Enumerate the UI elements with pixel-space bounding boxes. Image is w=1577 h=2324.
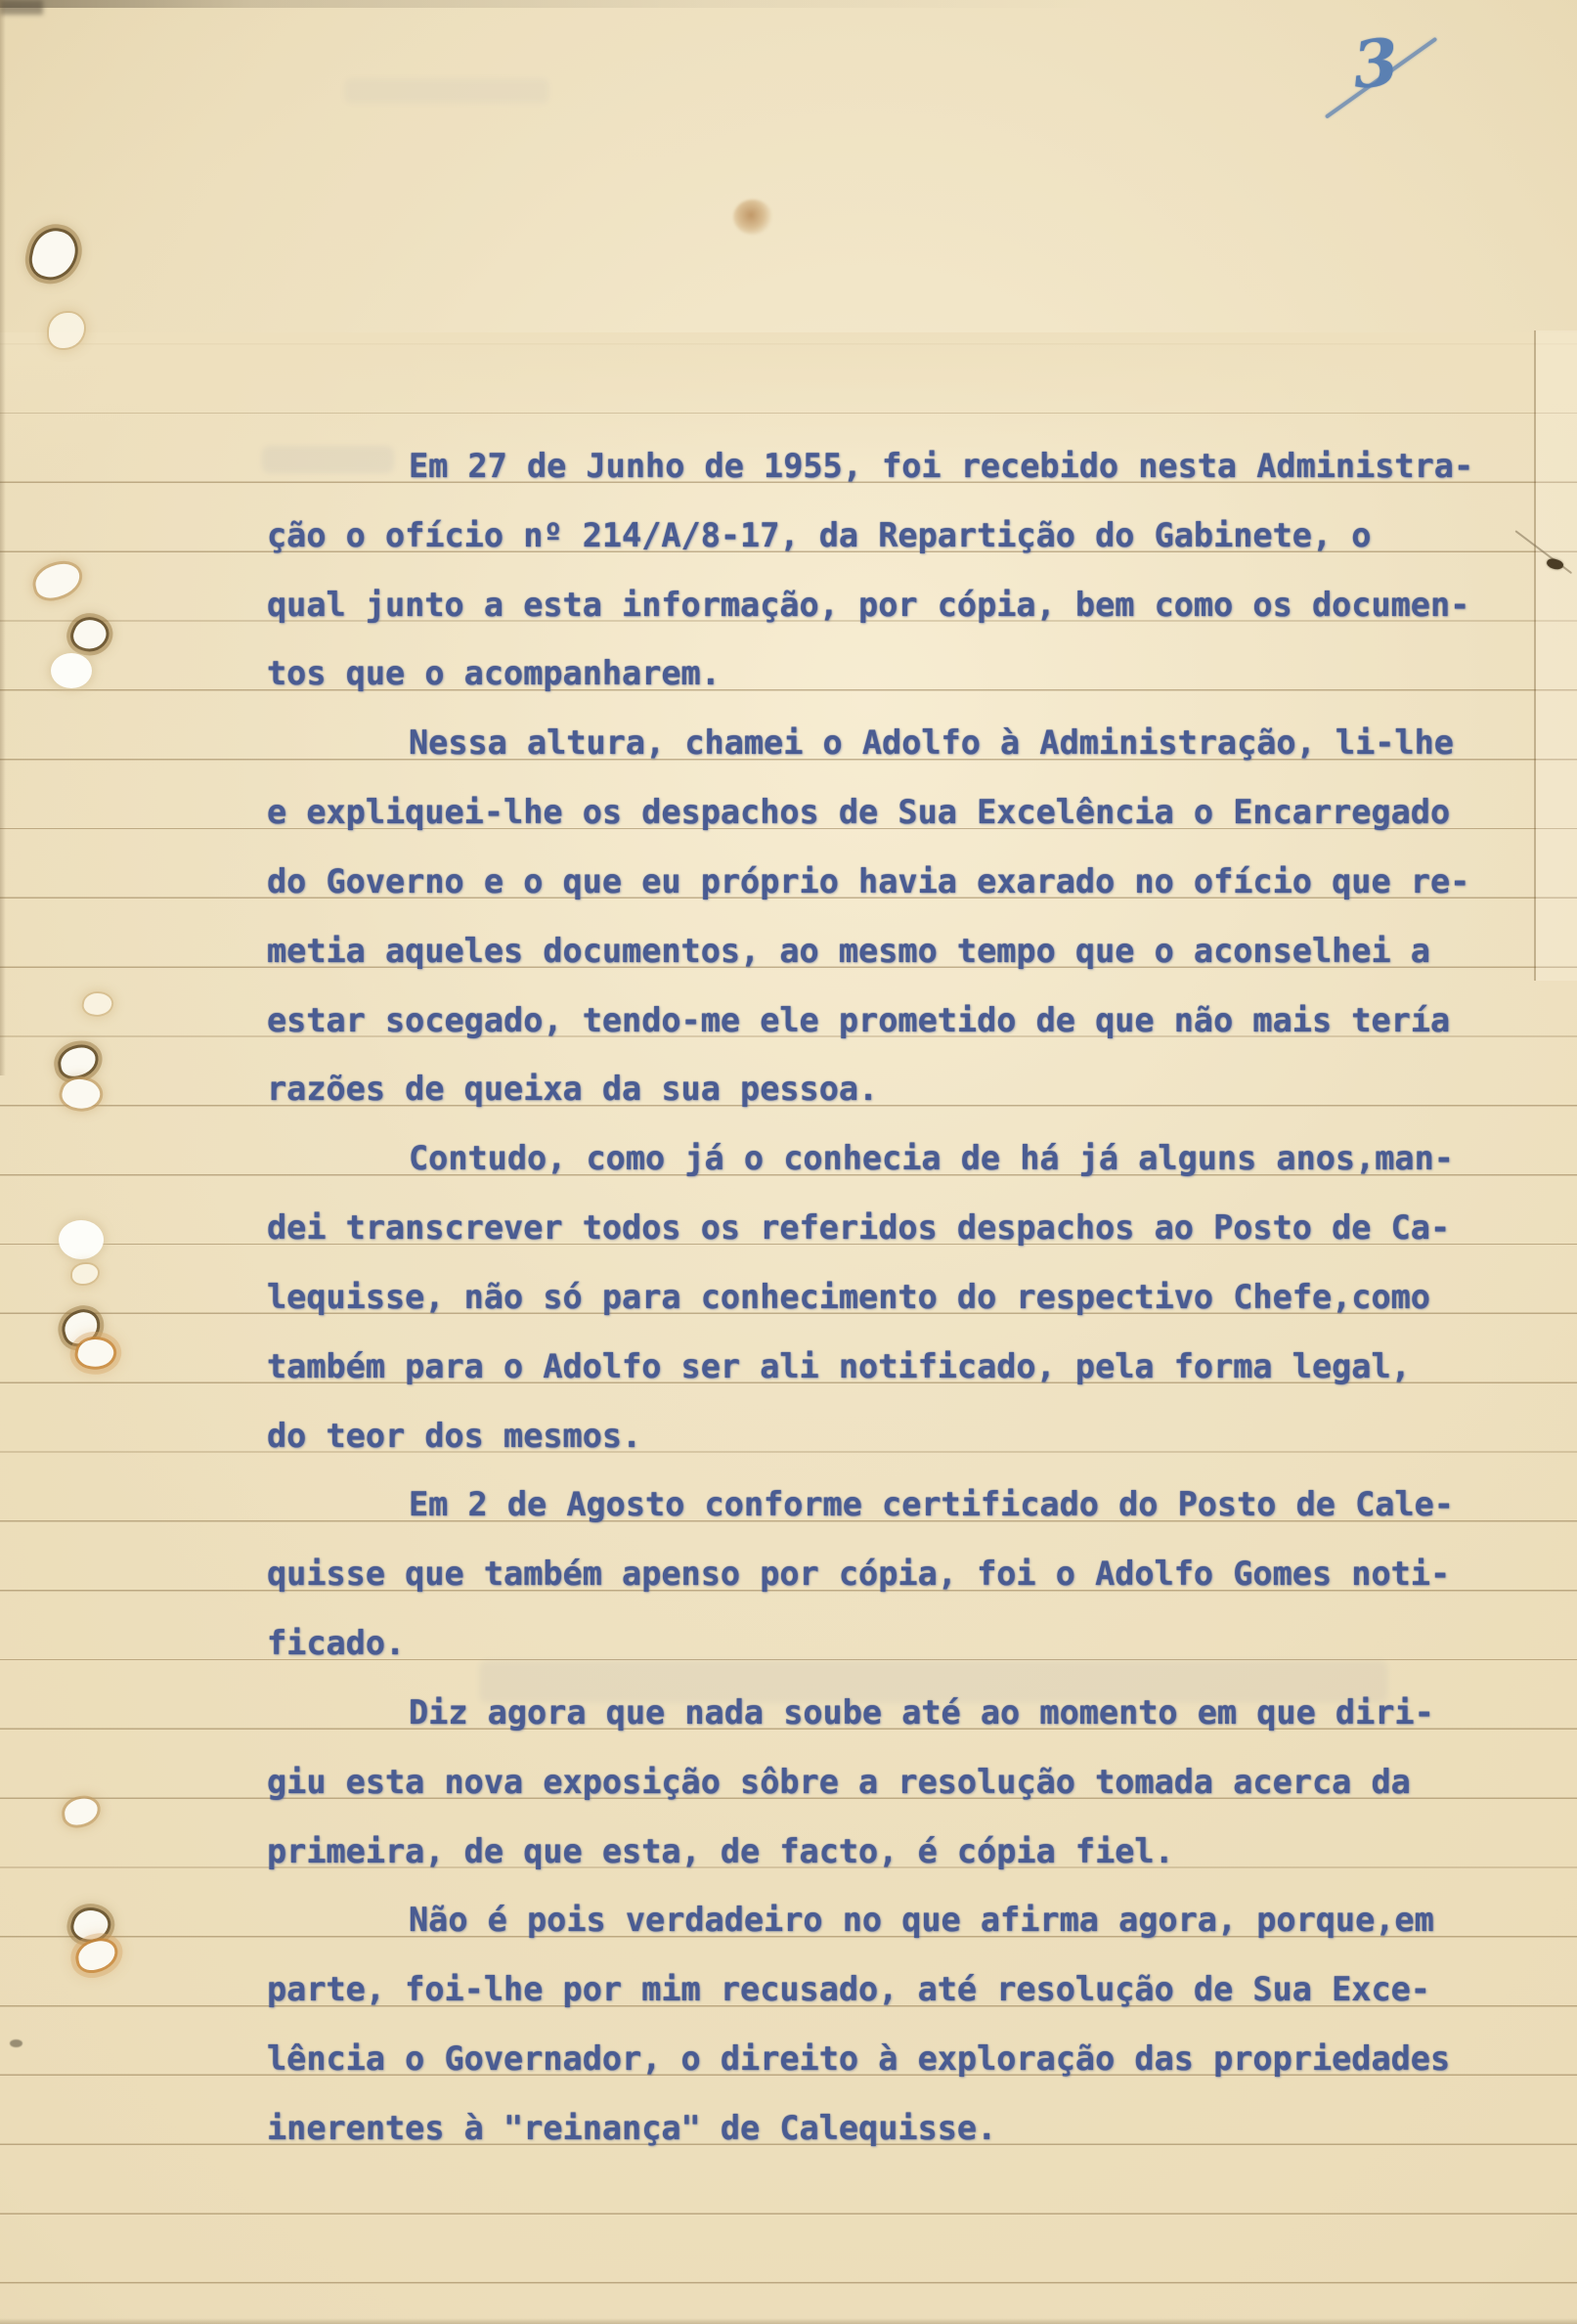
typed-line: Diz agora que nada soube até ao momento … xyxy=(267,1679,1528,1748)
typed-line: metia aqueles documentos, ao mesmo tempo… xyxy=(267,917,1528,987)
page-edge-strip xyxy=(1536,330,1577,981)
typed-line: inerentes à "reinança" de Calequisse. xyxy=(267,2094,1528,2164)
worm-hole xyxy=(51,653,92,688)
typed-line: Em 2 de Agosto conforme certificado do P… xyxy=(267,1470,1528,1540)
scan-left-edge xyxy=(0,0,6,1075)
dirt-speck xyxy=(10,2039,22,2047)
typed-line: primeira, de que esta, de facto, é cópia… xyxy=(267,1818,1528,1887)
typed-line: do Governo e o que eu próprio havia exar… xyxy=(267,848,1528,917)
typed-line: quisse que também apenso por cópia, foi … xyxy=(267,1540,1528,1609)
typed-line: ficado. xyxy=(267,1609,1528,1679)
typed-line: giu esta nova exposição sôbre a resoluçã… xyxy=(267,1748,1528,1818)
typed-line: Nessa altura, chamei o Adolfo à Administ… xyxy=(267,709,1528,778)
ink-stain xyxy=(733,199,772,235)
typed-line: tos que o acompanharem. xyxy=(267,639,1528,709)
worm-hole xyxy=(59,1220,104,1259)
worm-hole xyxy=(28,227,78,282)
typed-line: razões de queixa da sua pessoa. xyxy=(267,1055,1528,1124)
typed-line: lência o Governador, o direito à explora… xyxy=(267,2025,1528,2094)
typed-line: estar socegado, tendo-me ele prometido d… xyxy=(267,987,1528,1056)
typed-line: ção o ofício nº 214/A/8-17, da Repartiçã… xyxy=(267,502,1528,571)
ghost-smudge xyxy=(344,78,549,104)
typed-line: Contudo, como já o conhecia de há já alg… xyxy=(267,1124,1528,1194)
typed-line: Não é pois verdadeiro no que afirma agor… xyxy=(267,1886,1528,1955)
typed-line: qual junto a esta informação, por cópia,… xyxy=(267,571,1528,640)
typed-line: Em 27 de Junho de 1955, foi recebido nes… xyxy=(267,432,1528,502)
document-page: 3 Em 27 de Junho de 1955, foi recebido n… xyxy=(0,0,1577,2324)
typed-line: do teor dos mesmos. xyxy=(267,1402,1528,1471)
typed-line: também para o Adolfo ser ali notificado,… xyxy=(267,1333,1528,1402)
typed-line: lequisse, não só para conhecimento do re… xyxy=(267,1263,1528,1333)
typed-line: dei transcrever todos os referidos despa… xyxy=(267,1194,1528,1263)
typed-line: e expliquei-lhe os despachos de Sua Exce… xyxy=(267,778,1528,848)
scan-corner-shadow xyxy=(0,0,43,15)
typed-text: Em 27 de Junho de 1955, foi recebido nes… xyxy=(267,432,1528,2164)
scan-top-edge xyxy=(0,0,1577,8)
typed-line: parte, foi-lhe por mim recusado, até res… xyxy=(267,1955,1528,2025)
scan-bottom-edge xyxy=(0,2318,1577,2324)
